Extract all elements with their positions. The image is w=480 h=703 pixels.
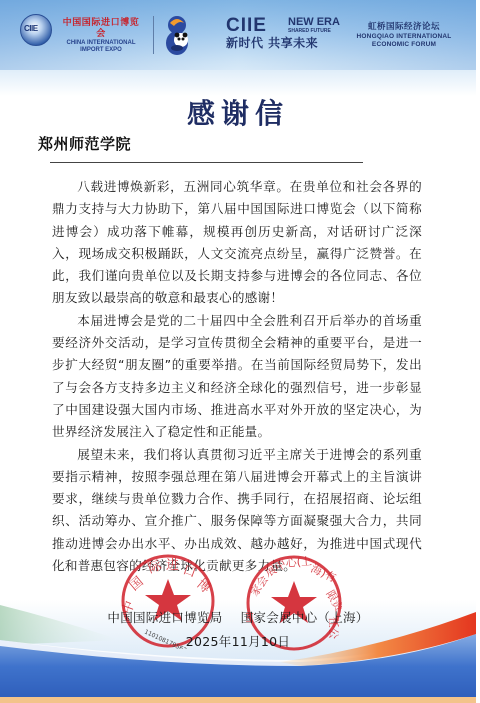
hongqiao-forum-block: 虹桥国际经济论坛 HONGQIAO INTERNATIONAL ECONOMIC… <box>345 22 463 49</box>
eighth-edition-panda-logo-icon <box>164 14 192 56</box>
paragraph-1: 八载进博焕新彩，五洲同心筑华章。在贵单位和社会各界的鼎力支持与大力协助下，第八届… <box>52 176 422 310</box>
thank-you-letter: CIIE 中国国际进口博览会 CHINA INTERNATIONAL IMPOR… <box>0 0 476 703</box>
paragraph-3: 展望未来，我们将认真贯彻习近平主席关于进博会的系列重要指示精神，按照李强总理在第… <box>52 444 422 578</box>
ciie-logo-mark: CIIE <box>24 24 38 33</box>
expo-name-en-line1: CHINA INTERNATIONAL <box>58 40 144 47</box>
page-margin <box>476 0 480 703</box>
forum-name-cn: 虹桥国际经济论坛 <box>345 22 463 33</box>
expo-name-block: 中国国际进口博览会 CHINA INTERNATIONAL IMPORT EXP… <box>58 18 144 54</box>
expo-name-cn: 中国国际进口博览会 <box>58 18 144 40</box>
slogan-en-line2: SHARED FUTURE <box>288 28 340 34</box>
header-divider <box>153 16 154 54</box>
recipient-name: 郑州师范学院 <box>38 133 131 154</box>
expo-name-en-line2: IMPORT EXPO <box>58 47 144 54</box>
svg-text:博: 博 <box>193 576 213 597</box>
slogan-block: CIIE NEW ERA SHARED FUTURE 新时代 共享未来 <box>226 16 318 51</box>
signature-block: 中国国际进口博览局国家会展中心（上海） 2025年11月10日 <box>0 608 476 650</box>
svg-text:海)有: 海)有 <box>309 561 339 585</box>
letter-date: 2025年11月10日 <box>0 632 476 650</box>
forum-name-en-line1: HONGQIAO INTERNATIONAL <box>345 33 463 41</box>
slogan-en: NEW ERA SHARED FUTURE <box>288 17 340 34</box>
svg-text:际: 际 <box>146 558 164 577</box>
signatory-ciie-bureau: 中国国际进口博览局 <box>107 608 222 626</box>
svg-text:进: 进 <box>166 557 179 573</box>
signatory-nech-shanghai: 国家会展中心（上海） <box>241 608 369 626</box>
slogan-cn: 新时代 共享未来 <box>226 35 318 51</box>
ciie-globe-logo-icon: CIIE <box>20 14 52 46</box>
letter-title: 感谢信 <box>0 92 476 132</box>
signatory-organizations: 中国国际进口博览局国家会展中心（上海） <box>0 608 476 626</box>
paragraph-2: 本届进博会是党的二十届四中全会胜利召开后举办的首场重要经济外交活动，是学习宣传贯… <box>52 310 422 444</box>
forum-name-en-line2: ECONOMIC FORUM <box>345 41 463 49</box>
recipient-underline <box>50 162 363 163</box>
svg-text:心(上: 心(上 <box>285 554 312 570</box>
letter-body: 八载进博焕新彩，五洲同心筑华章。在贵单位和社会各界的鼎力支持与大力协助下，第八届… <box>52 176 422 577</box>
svg-text:口: 口 <box>181 563 198 582</box>
slogan-en-line1: NEW ERA <box>288 17 340 28</box>
